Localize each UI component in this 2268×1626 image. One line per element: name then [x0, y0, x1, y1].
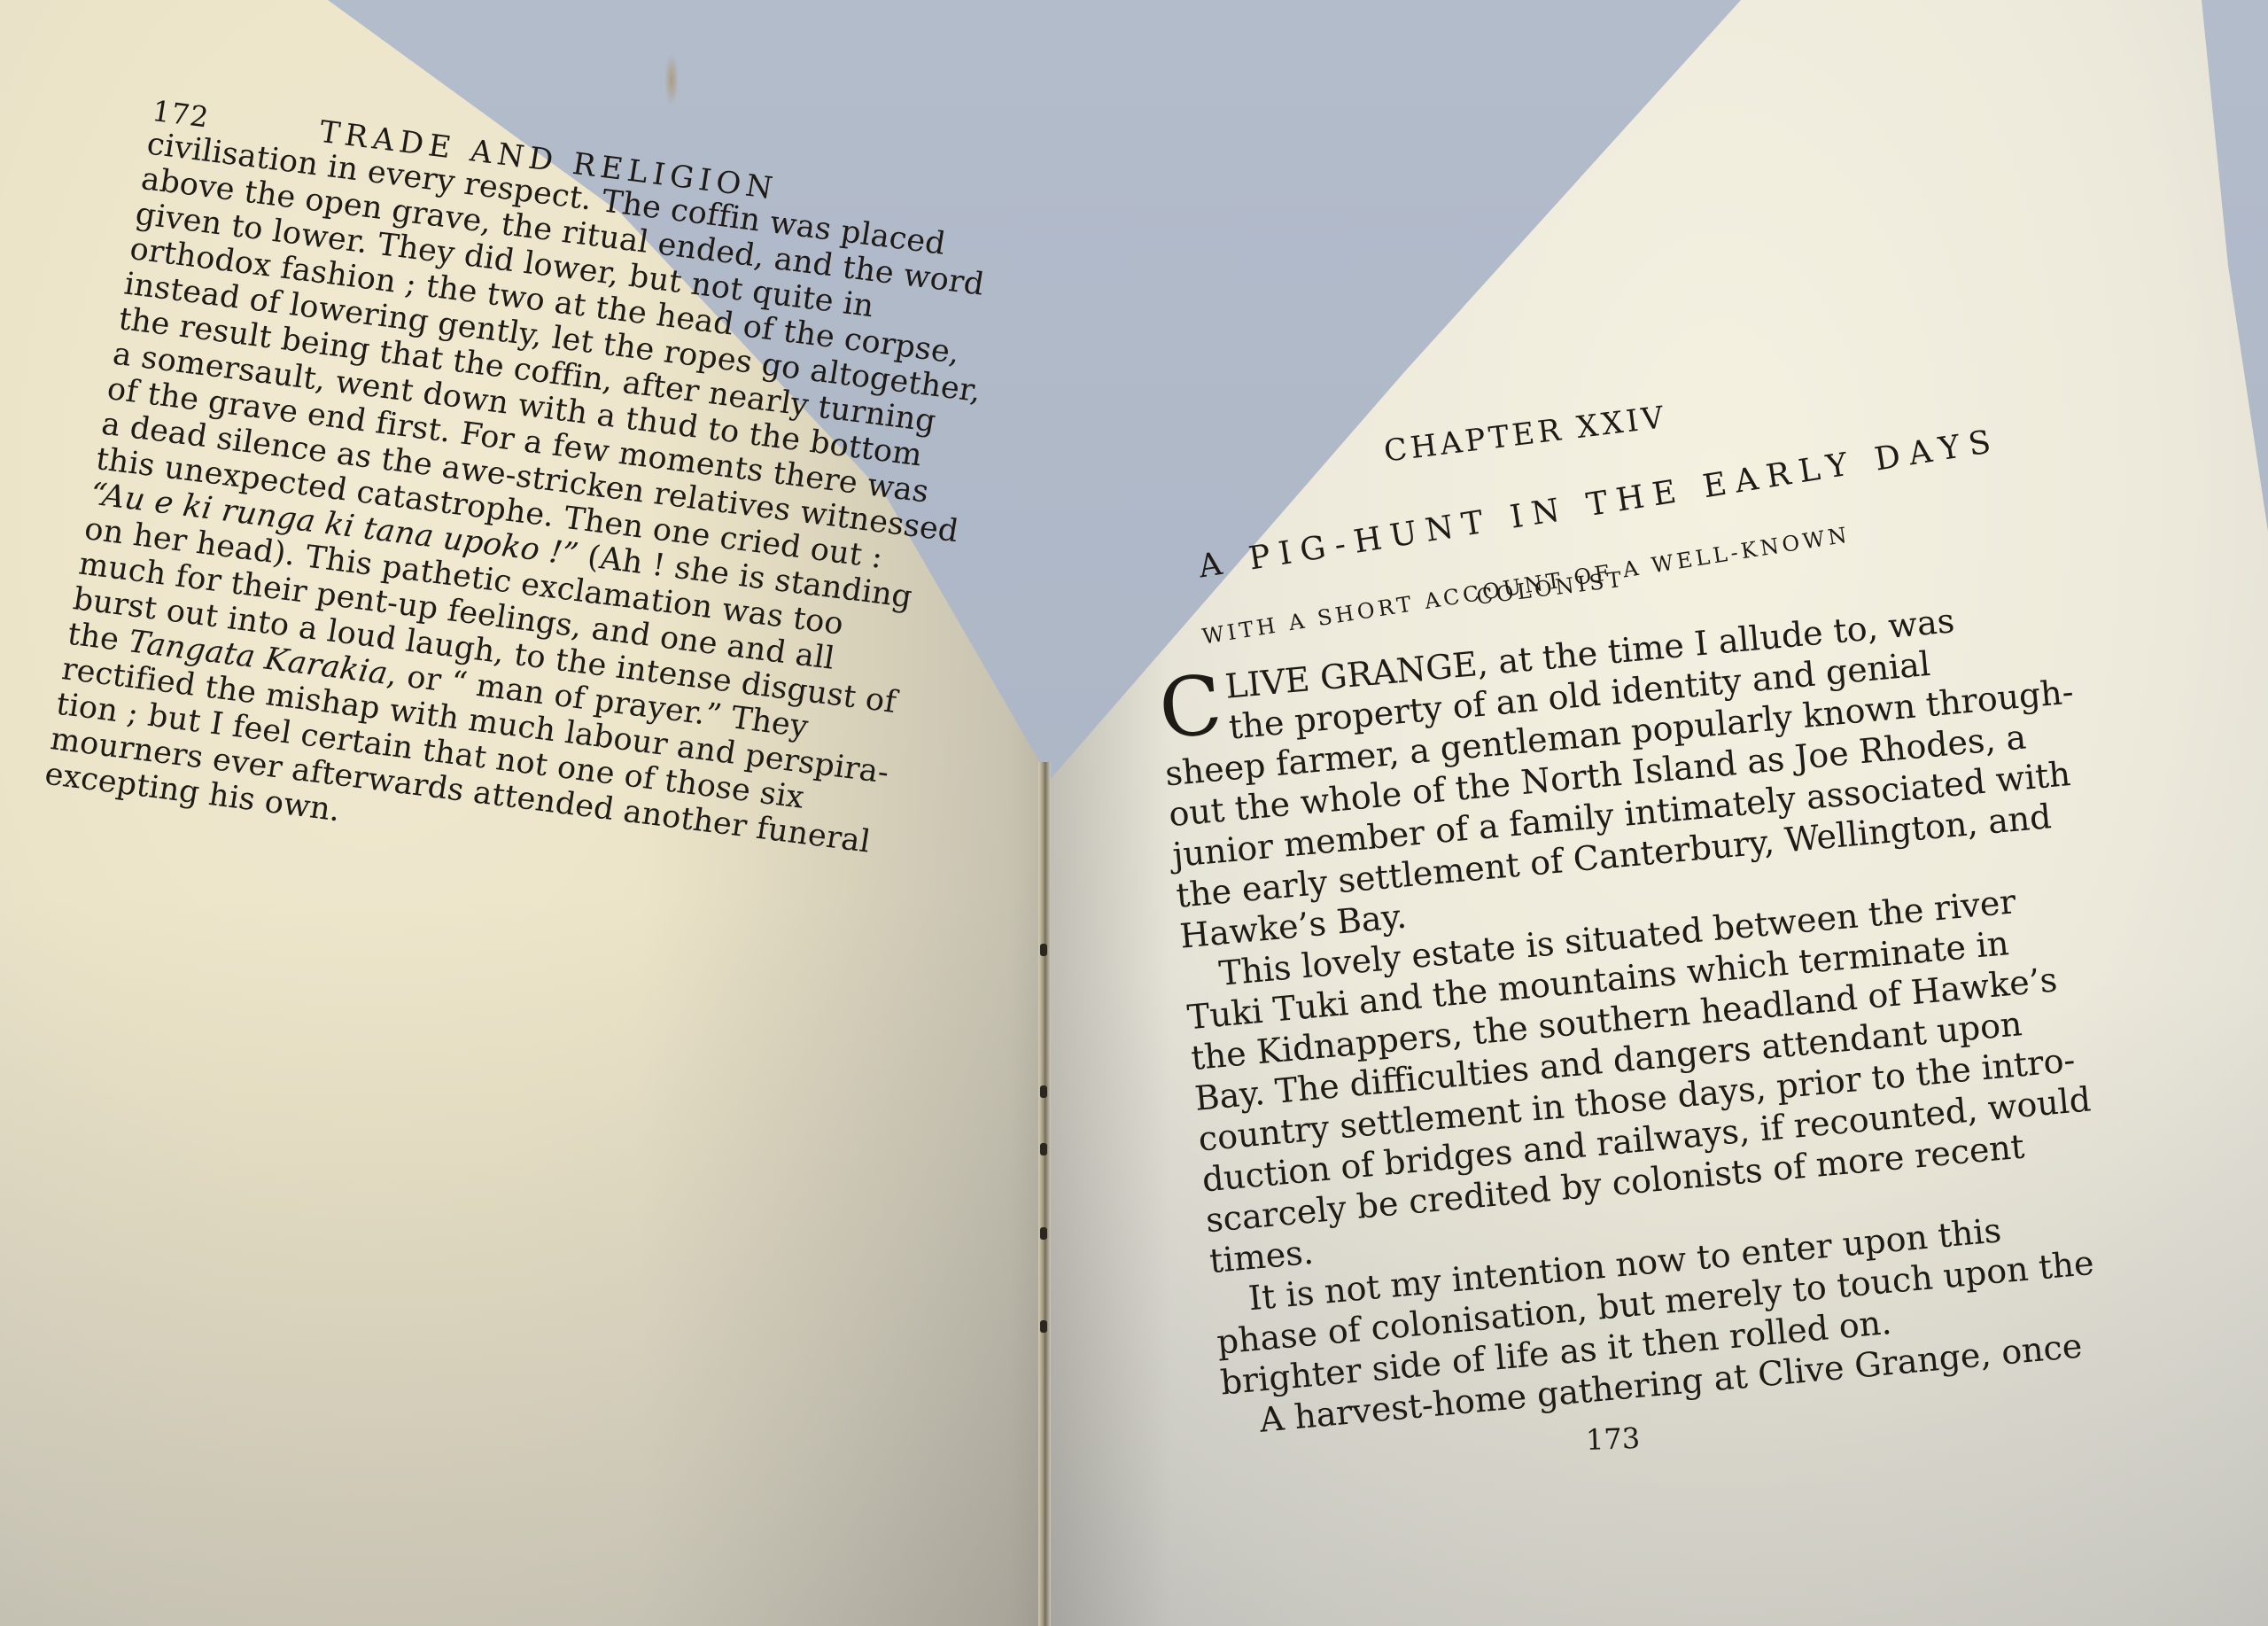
page-number-right: 173	[1585, 1421, 1640, 1457]
drop-cap: C	[1156, 670, 1225, 751]
right-page-text: C LIVE GRANGE, at the time I allude to, …	[1156, 586, 2188, 1444]
page-stain	[664, 53, 679, 106]
spine-stitch	[1040, 1143, 1047, 1155]
spine-stitch	[1040, 1320, 1047, 1333]
spine-stitch	[1040, 944, 1047, 956]
spine-stitch	[1040, 1085, 1047, 1098]
book-spine	[1038, 762, 1051, 1626]
spine-stitch	[1040, 1227, 1047, 1240]
left-page-text: 172 TRADE AND RELIGION civilisation in e…	[42, 96, 946, 894]
